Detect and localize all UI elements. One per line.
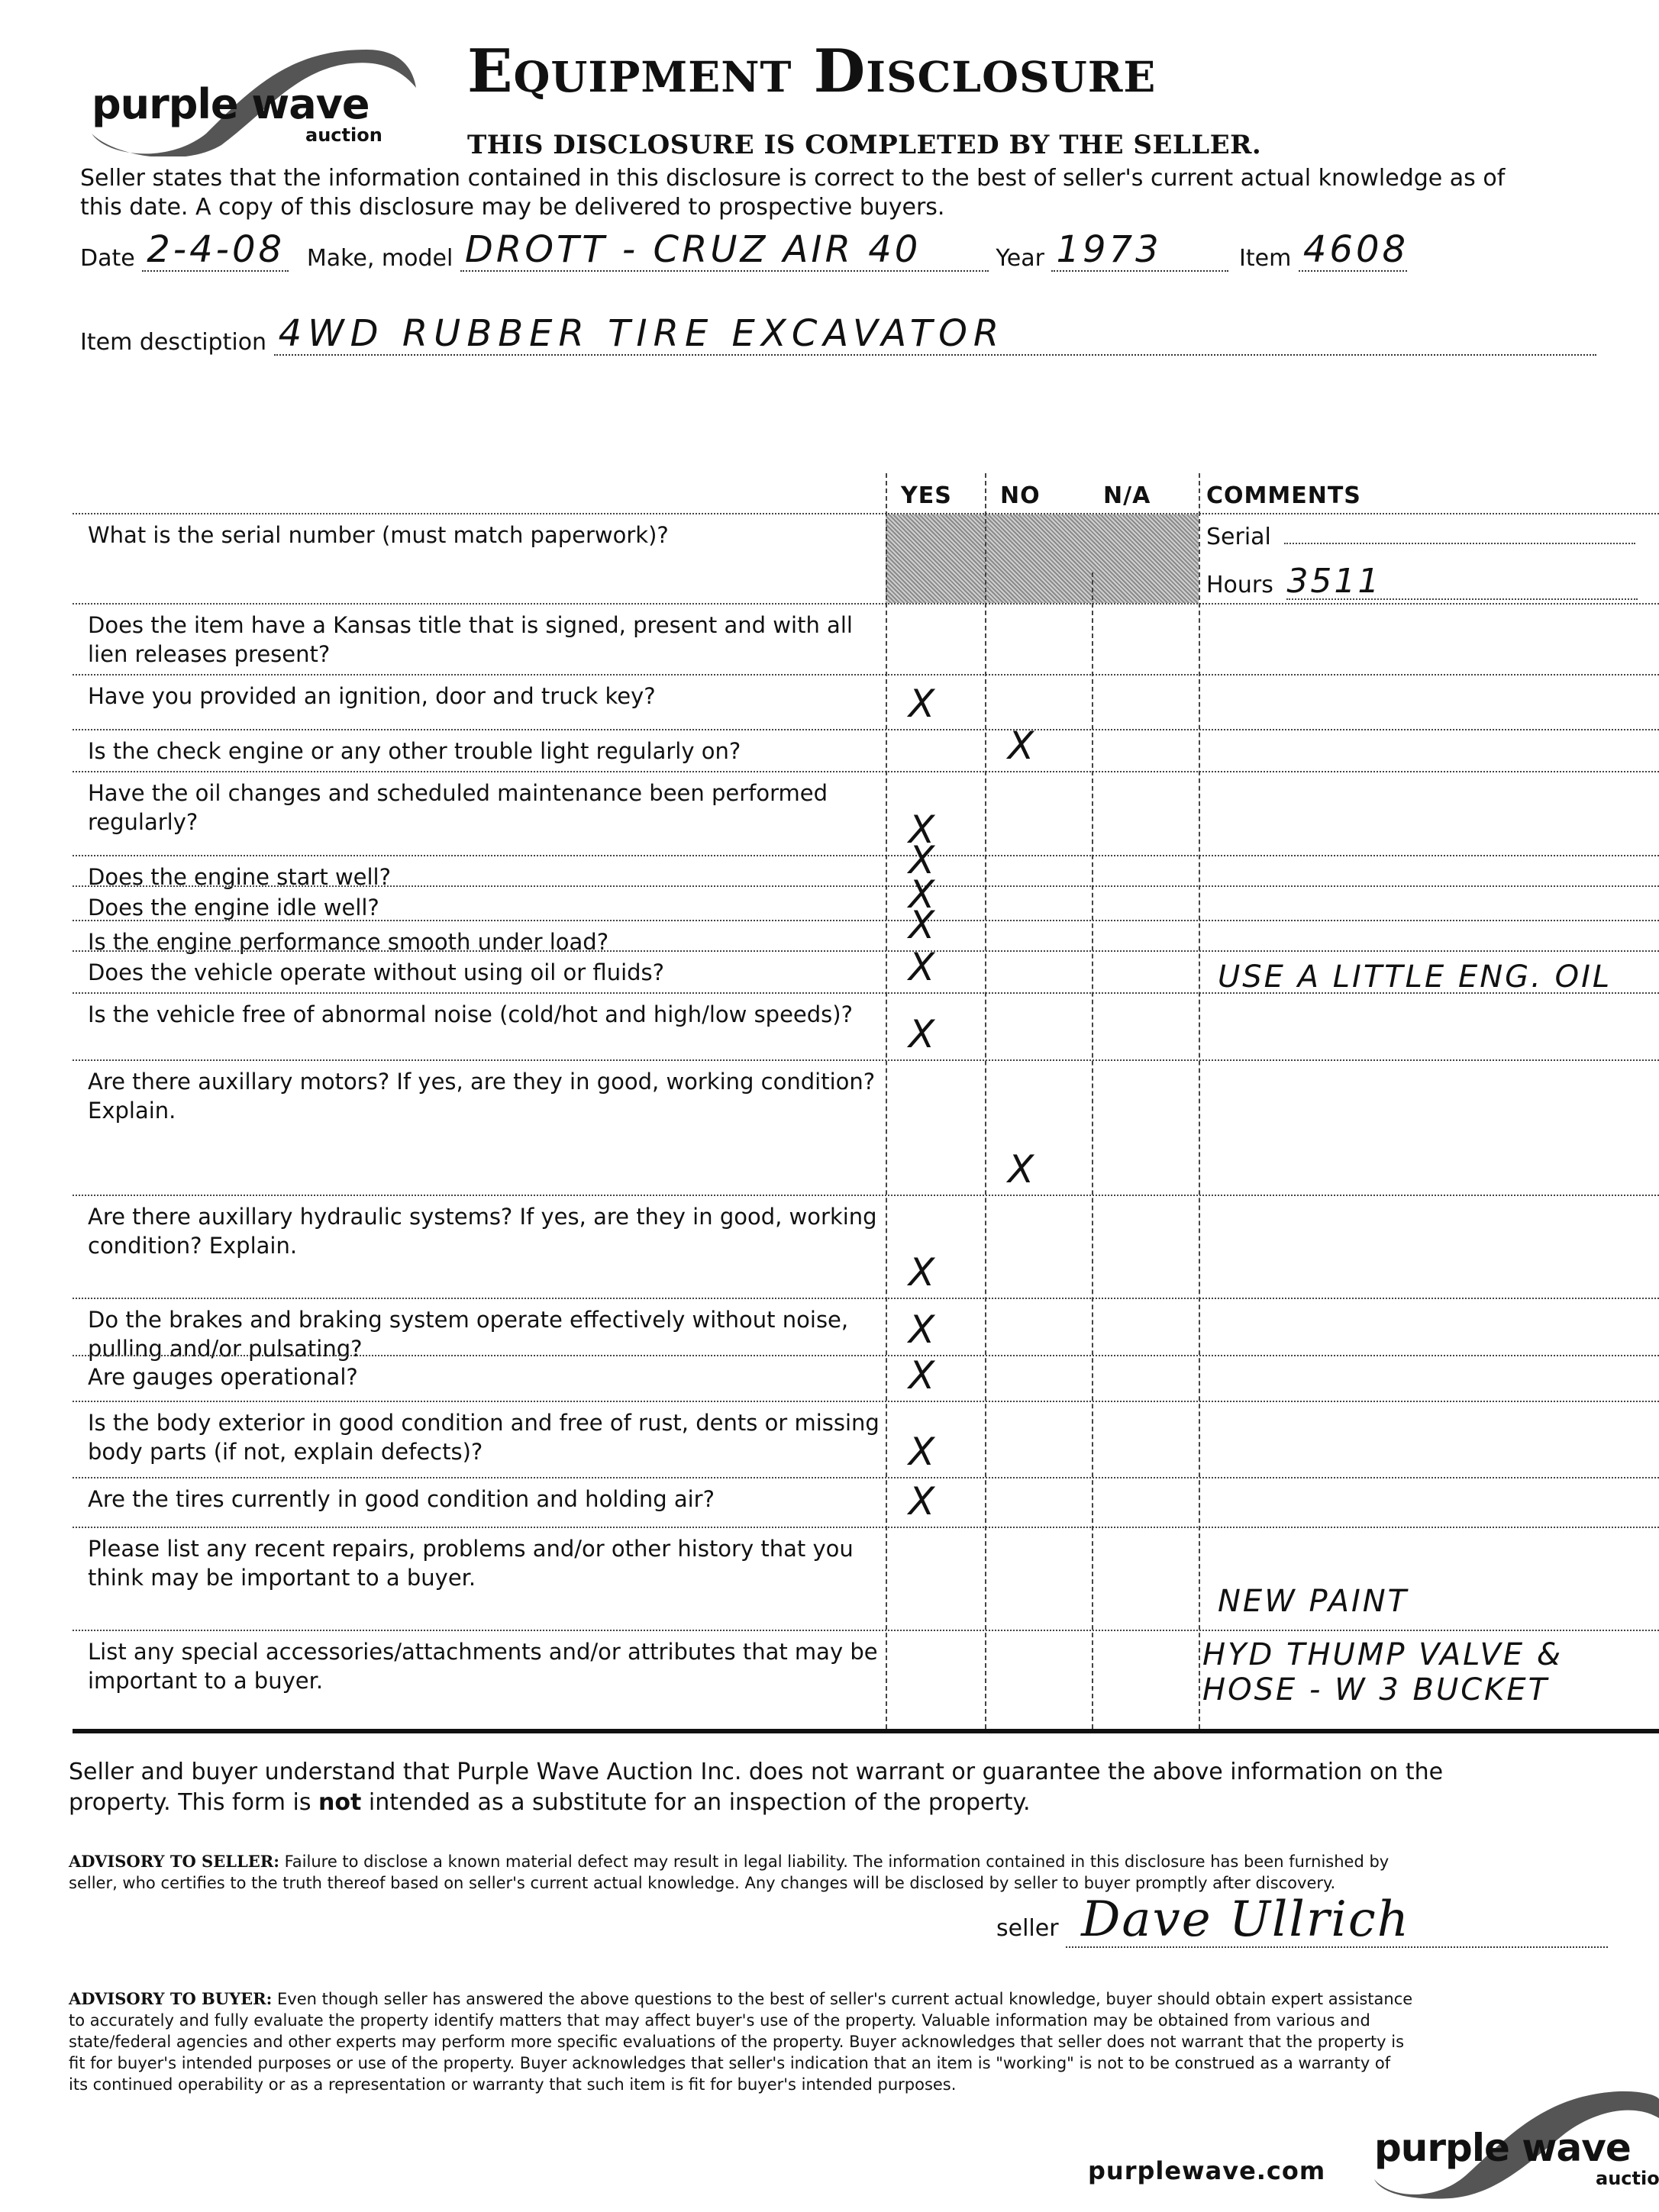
hours-field[interactable]: 3511 xyxy=(1286,565,1638,600)
checkbox-yes[interactable]: X xyxy=(909,685,954,724)
item-info-line: Date 2-4-08 Make, model DROTT - CRUZ AIR… xyxy=(80,229,1407,272)
page-subtitle: THIS DISCLOSURE IS COMPLETED BY THE SELL… xyxy=(467,130,1261,160)
warranty-notice: Seller and buyer understand that Purple … xyxy=(69,1757,1659,1818)
seller-label: seller xyxy=(996,1915,1059,1942)
checkbox-na[interactable] xyxy=(1107,1482,1153,1522)
row-divider xyxy=(73,1298,1659,1299)
checkbox-yes[interactable]: X xyxy=(909,1433,954,1472)
row-divider xyxy=(73,674,1659,676)
question-text: Are the tires currently in good conditio… xyxy=(88,1485,882,1514)
checkbox-na[interactable] xyxy=(1107,1253,1153,1293)
page-title: Equipment Disclosure xyxy=(467,37,1156,106)
item-description-line: Item desctiption 4WD RUBBER TIRE EXCAVAT… xyxy=(80,313,1596,356)
question-text: Does the engine start well? xyxy=(88,863,882,892)
col-header-na: N/A xyxy=(1103,482,1151,509)
advisory-buyer-line-3: state/federal agencies and other experts… xyxy=(69,2031,1412,2052)
question-text: Is the check engine or any other trouble… xyxy=(88,737,882,766)
notice-text: property. This form is xyxy=(69,1789,318,1816)
col-header-comments: COMMENTS xyxy=(1206,482,1361,509)
advisory-seller-heading: ADVISORY TO SELLER: xyxy=(69,1852,279,1871)
question-serial-number: What is the serial number (must match pa… xyxy=(88,521,882,550)
handwritten-comment[interactable]: NEW PAINT xyxy=(1218,1584,1645,1619)
checkbox-no[interactable] xyxy=(1008,1685,1054,1724)
table-bottom-border xyxy=(73,1729,1659,1733)
question-text: Please list any recent repairs, problems… xyxy=(88,1534,882,1592)
row-divider xyxy=(73,950,1659,952)
question-text: Is the vehicle free of abnormal noise (c… xyxy=(88,1000,882,1029)
row-divider xyxy=(73,603,1659,605)
checkbox-no[interactable] xyxy=(1008,1015,1054,1055)
advisory-seller-line-1: ADVISORY TO SELLER: Failure to disclose … xyxy=(69,1851,1389,1872)
row-divider xyxy=(73,513,1659,514)
question-text: Are there auxillary motors? If yes, are … xyxy=(88,1067,882,1125)
notice-line-2: property. This form is not intended as a… xyxy=(69,1788,1659,1818)
checkbox-na[interactable] xyxy=(1107,1015,1153,1055)
checkbox-no[interactable] xyxy=(1008,685,1054,724)
intro-line-2: this date. A copy of this disclosure may… xyxy=(80,193,1659,222)
checkbox-na[interactable] xyxy=(1107,630,1153,669)
handwritten-comment[interactable]: HYD THUMP VALVE & HOSE - W 3 BUCKET xyxy=(1202,1637,1653,1707)
date-label: Date xyxy=(80,245,135,272)
seller-signature-field[interactable]: Dave Ullrich xyxy=(1066,1893,1608,1948)
footer-purple-wave-logo: purple wave auction xyxy=(1367,2080,1659,2202)
column-divider xyxy=(1092,572,1093,1729)
notice-line-1: Seller and buyer understand that Purple … xyxy=(69,1757,1659,1788)
checkbox-no[interactable] xyxy=(1008,1356,1054,1396)
checkbox-no[interactable] xyxy=(1008,1253,1054,1293)
question-text: List any special accessories/attachments… xyxy=(88,1637,882,1695)
advisory-buyer-line-5: its continued operability or as a repres… xyxy=(69,2074,1412,2095)
row-divider xyxy=(73,1355,1659,1356)
checkbox-yes[interactable] xyxy=(909,630,954,669)
checkbox-no[interactable] xyxy=(1008,1311,1054,1350)
checkbox-na[interactable] xyxy=(1107,1585,1153,1625)
column-divider xyxy=(1199,473,1200,1729)
serial-entry: Serial xyxy=(1206,524,1635,550)
checkbox-no[interactable] xyxy=(1008,906,1054,946)
checkbox-yes[interactable] xyxy=(909,1150,954,1190)
question-text: Have you provided an ignition, door and … xyxy=(88,682,882,711)
checkbox-no[interactable] xyxy=(1008,1433,1054,1472)
row-divider xyxy=(73,1527,1659,1528)
row-divider xyxy=(73,992,1659,994)
question-text: Are there auxillary hydraulic systems? I… xyxy=(88,1202,882,1260)
question-text: Is the body exterior in good condition a… xyxy=(88,1408,882,1466)
row-divider xyxy=(73,920,1659,921)
col-header-no: NO xyxy=(1000,482,1041,509)
checkbox-na[interactable] xyxy=(1107,906,1153,946)
column-divider xyxy=(886,473,887,1729)
row-divider xyxy=(73,1401,1659,1402)
checkbox-no[interactable]: X xyxy=(1008,727,1054,766)
handwritten-comment[interactable]: USE A LITTLE ENG. OIL xyxy=(1218,959,1612,995)
checkbox-na[interactable] xyxy=(1107,1685,1153,1724)
make-model-label: Make, model xyxy=(307,245,453,272)
checkbox-yes[interactable]: X xyxy=(909,1311,954,1350)
checkbox-yes[interactable]: X xyxy=(909,1356,954,1396)
row-divider xyxy=(73,1630,1659,1631)
logo-subtext: auction xyxy=(305,124,382,146)
checkbox-yes[interactable]: X xyxy=(909,1482,954,1522)
column-divider xyxy=(985,473,986,1729)
checkbox-yes[interactable] xyxy=(909,1685,954,1724)
question-text: Have the oil changes and scheduled maint… xyxy=(88,779,882,837)
seller-signature-line: seller Dave Ullrich xyxy=(996,1893,1608,1948)
year-label: Year xyxy=(996,245,1044,272)
hours-entry: Hours 3511 xyxy=(1206,565,1638,600)
date-field[interactable]: 2-4-08 xyxy=(142,229,289,272)
advisory-buyer-line-4: fit for buyer's intended purposes or use… xyxy=(69,2052,1412,2074)
item-description-field[interactable]: 4WD RUBBER TIRE EXCAVATOR xyxy=(274,313,1596,356)
description-label: Item desctiption xyxy=(80,329,266,356)
intro-line-1: Seller states that the information conta… xyxy=(80,164,1659,193)
shaded-answer-block xyxy=(886,514,1199,603)
checkbox-no[interactable] xyxy=(1008,630,1054,669)
advisory-text: Failure to disclose a known material def… xyxy=(279,1852,1389,1871)
footer-logo-subtext: auction xyxy=(1596,2168,1659,2189)
footer-website-link[interactable]: purplewave.com xyxy=(1088,2156,1325,2185)
item-number-field[interactable]: 4608 xyxy=(1299,229,1407,272)
advisory-to-seller: ADVISORY TO SELLER: Failure to disclose … xyxy=(69,1851,1389,1894)
checkbox-na[interactable] xyxy=(1107,1311,1153,1350)
question-text: Does the vehicle operate without using o… xyxy=(88,958,882,987)
serial-label: Serial xyxy=(1206,524,1271,550)
checkbox-na[interactable] xyxy=(1107,1433,1153,1472)
make-model-field[interactable]: DROTT - CRUZ AIR 40 xyxy=(460,229,989,272)
checkbox-yes[interactable] xyxy=(909,1585,954,1625)
advisory-text: Even though seller has answered the abov… xyxy=(272,1990,1412,2008)
checkbox-yes[interactable]: X xyxy=(909,948,954,988)
checkbox-yes[interactable]: X xyxy=(909,1253,954,1293)
notice-text: intended as a substitute for an inspecti… xyxy=(361,1789,1030,1816)
serial-field[interactable] xyxy=(1284,543,1635,544)
question-text: Are gauges operational? xyxy=(88,1362,882,1391)
checkbox-no[interactable]: X xyxy=(1008,1150,1054,1190)
advisory-buyer-line-2: to accurately and fully evaluate the pro… xyxy=(69,2010,1412,2031)
row-divider xyxy=(73,1059,1659,1061)
advisory-buyer-heading: ADVISORY TO BUYER: xyxy=(69,1989,272,2008)
checkbox-no[interactable] xyxy=(1008,948,1054,988)
question-text: Does the item have a Kansas title that i… xyxy=(88,611,882,669)
question-text: Is the engine performance smooth under l… xyxy=(88,927,882,956)
checkbox-na[interactable] xyxy=(1107,948,1153,988)
logo-wordmark: purple wave xyxy=(92,80,369,128)
hours-label: Hours xyxy=(1206,572,1273,598)
row-divider xyxy=(73,885,1659,887)
checkbox-na[interactable] xyxy=(1107,1150,1153,1190)
advisory-seller-line-2: seller, who certifies to the truth there… xyxy=(69,1872,1389,1894)
row-divider xyxy=(73,771,1659,772)
advisory-buyer-line-1: ADVISORY TO BUYER: Even though seller ha… xyxy=(69,1988,1412,2010)
checkbox-na[interactable] xyxy=(1107,685,1153,724)
year-field[interactable]: 1973 xyxy=(1051,229,1228,272)
footer-logo-wordmark: purple wave xyxy=(1374,2126,1631,2170)
checkbox-yes[interactable] xyxy=(909,727,954,766)
checkbox-no[interactable] xyxy=(1008,1482,1054,1522)
row-divider xyxy=(73,855,1659,856)
checkbox-na[interactable] xyxy=(1107,727,1153,766)
intro-text: Seller states that the information conta… xyxy=(80,164,1659,222)
question-text: Does the engine idle well? xyxy=(88,893,882,922)
checkbox-no[interactable] xyxy=(1008,1585,1054,1625)
checkbox-na[interactable] xyxy=(1107,1356,1153,1396)
row-divider xyxy=(73,1195,1659,1196)
checkbox-yes[interactable]: X xyxy=(909,1015,954,1055)
col-header-yes: YES xyxy=(901,482,952,509)
purple-wave-logo: purple wave auction xyxy=(76,42,420,156)
notice-emphasis: not xyxy=(318,1789,361,1816)
advisory-to-buyer: ADVISORY TO BUYER: Even though seller ha… xyxy=(69,1988,1412,2095)
item-label: Item xyxy=(1239,245,1291,272)
row-divider xyxy=(73,729,1659,730)
row-divider xyxy=(73,1477,1659,1478)
checkbox-yes[interactable]: X xyxy=(909,906,954,946)
